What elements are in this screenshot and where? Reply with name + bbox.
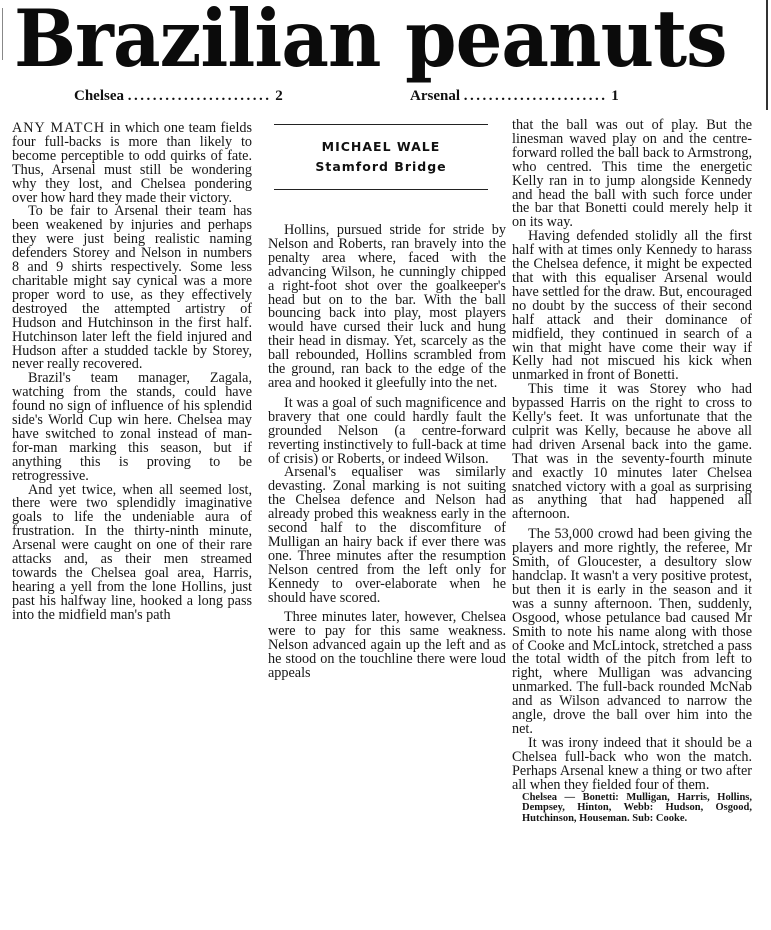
byline-box: MICHAEL WALE Stamford Bridge [274,124,488,190]
lineup-players: — Bonetti: Mulligan, Harris, Hollins, De… [522,792,752,824]
paragraph: To be fair to Arsenal their team has bee… [12,205,252,372]
paragraph: ANY MATCH in which one team fields four … [12,122,252,205]
paragraph: It was a goal of such magnificence and b… [268,397,506,467]
headline: Brazilian peanuts [14,0,712,84]
paragraph: Arsenal's equaliser was similarly devast… [268,466,506,605]
paragraph: Having defended stolidly all the first h… [512,230,752,383]
article-column-2: Hollins, pursued stride for stride by Ne… [268,224,506,681]
home-score: Chelsea ....................... 2 [74,88,283,105]
paragraph: This time it was Storey who had bypassed… [512,383,752,522]
paragraph: The 53,000 crowd had been giving the pla… [512,528,752,737]
scoreline: Chelsea ....................... 2 Arsena… [74,88,714,108]
paragraph: Brazil's team manager, Zagala, watching … [12,372,252,483]
paragraph: Hollins, pursued stride for stride by Ne… [268,224,506,391]
article-column-1: ANY MATCH in which one team fields four … [12,122,252,623]
venue: Stamford Bridge [274,157,488,177]
right-margin-rule [766,0,768,110]
paragraph: that the ball was out of play. But the l… [512,119,752,230]
paragraph: And yet twice, when all seemed lost, the… [12,484,252,623]
leader-dots: ....................... [464,88,608,104]
away-goals: 1 [611,88,619,104]
article-column-3: that the ball was out of play. But the l… [512,119,752,824]
paragraph: It was irony indeed that it should be a … [512,737,752,793]
home-team: Chelsea [74,88,124,104]
leader-dots: ....................... [128,88,272,104]
paragraph: Three minutes later, however, Chelsea we… [268,611,506,681]
away-team: Arsenal [410,88,460,104]
author-name: MICHAEL WALE [274,137,488,157]
home-goals: 2 [275,88,283,104]
lineup-team: Chelsea [522,792,557,803]
team-lineup: Chelsea — Bonetti: Mulligan, Harris, Hol… [512,793,752,825]
left-margin-rule [2,8,3,60]
away-score: Arsenal ....................... 1 [410,88,619,105]
